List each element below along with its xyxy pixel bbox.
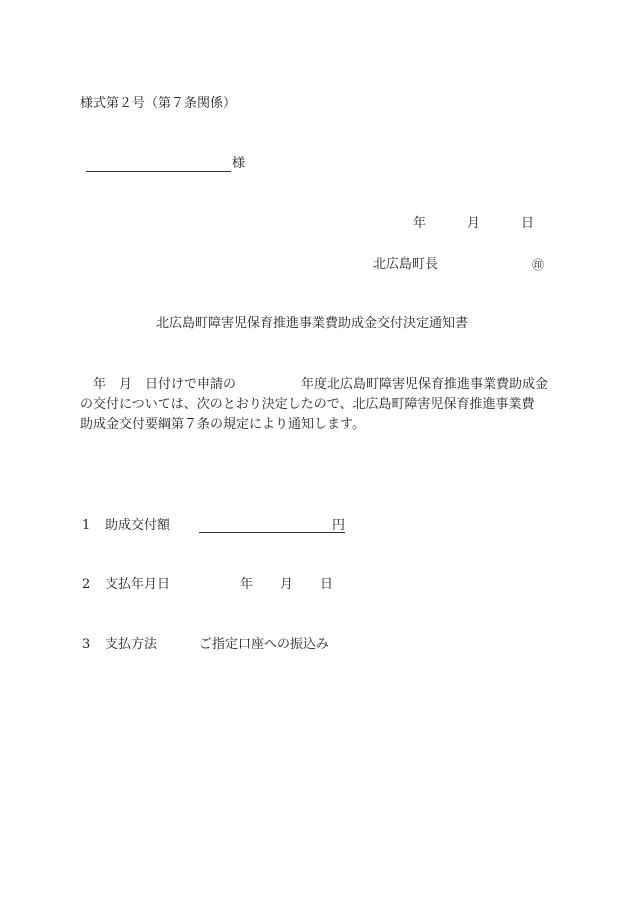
item-label-payment-method: 支払方法: [105, 637, 157, 653]
payment-month-label: 月: [280, 577, 293, 593]
item-number: 3: [82, 637, 90, 653]
grant-amount-yen: 円: [332, 518, 345, 533]
addressee-name-field[interactable]: [86, 157, 231, 172]
issuer-title: 北広島町長: [373, 257, 438, 273]
body-line: 助成金交付要綱第７条の規定により通知します。: [80, 415, 550, 435]
body-paragraph: 年 月 日付けで申請の 年度北広島町障害児保育推進事業費助成金 の交付については…: [80, 375, 550, 435]
date-year-label: 年: [413, 216, 426, 232]
form-number: 様式第２号（第７条関係）: [80, 96, 236, 112]
payment-year-label: 年: [240, 577, 253, 593]
item-number: 2: [82, 577, 90, 593]
item-label-payment-date: 支払年月日: [105, 577, 170, 593]
grant-amount-field[interactable]: [199, 518, 332, 533]
seal-icon: ㊞: [532, 257, 544, 273]
item-label-grant-amount: 助成交付額: [105, 518, 170, 534]
body-line: 年 月 日付けで申請の 年度北広島町障害児保育推進事業費助成金: [80, 375, 550, 395]
item-number: 1: [82, 518, 90, 534]
payment-day-label: 日: [320, 577, 333, 593]
date-month-label: 月: [467, 216, 480, 232]
payment-method-value: ご指定口座への振込み: [199, 637, 329, 653]
body-line: の交付については、次のとおり決定したので、北広島町障害児保育推進事業費: [80, 395, 550, 415]
date-day-label: 日: [521, 216, 534, 232]
addressee-suffix: 様: [232, 156, 245, 172]
document-title: 北広島町障害児保育推進事業費助成金交付決定通知書: [156, 316, 468, 332]
